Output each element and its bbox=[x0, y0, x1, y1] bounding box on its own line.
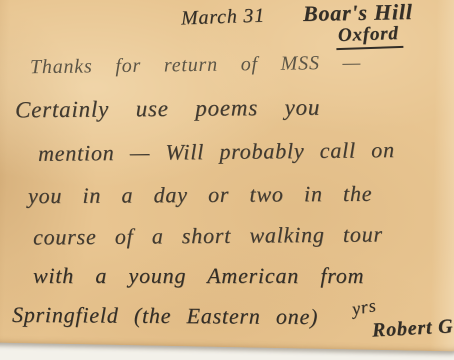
postcard-place-line2-underlined: Oxford bbox=[336, 23, 404, 50]
body-line-5: course of a short walking tour bbox=[33, 221, 383, 250]
body-line-1: Thanks for return of MSS — bbox=[30, 52, 361, 80]
signature-prefix: yrs bbox=[350, 295, 378, 320]
body-line-4: you in a day or two in the bbox=[28, 181, 372, 209]
body-line-7: Springfield (the Eastern one) bbox=[12, 302, 318, 330]
body-line-6: with a young American from bbox=[33, 263, 364, 289]
signature-name: Robert Gra bbox=[371, 314, 454, 342]
postcard-date: March 31 bbox=[181, 5, 266, 31]
scanned-postcard-view: March 31 Boar's Hill Oxford Thanks for r… bbox=[0, 0, 454, 360]
body-line-2: Certainly use poems you bbox=[15, 95, 320, 124]
body-line-3: mention — Will probably call on bbox=[38, 137, 395, 167]
